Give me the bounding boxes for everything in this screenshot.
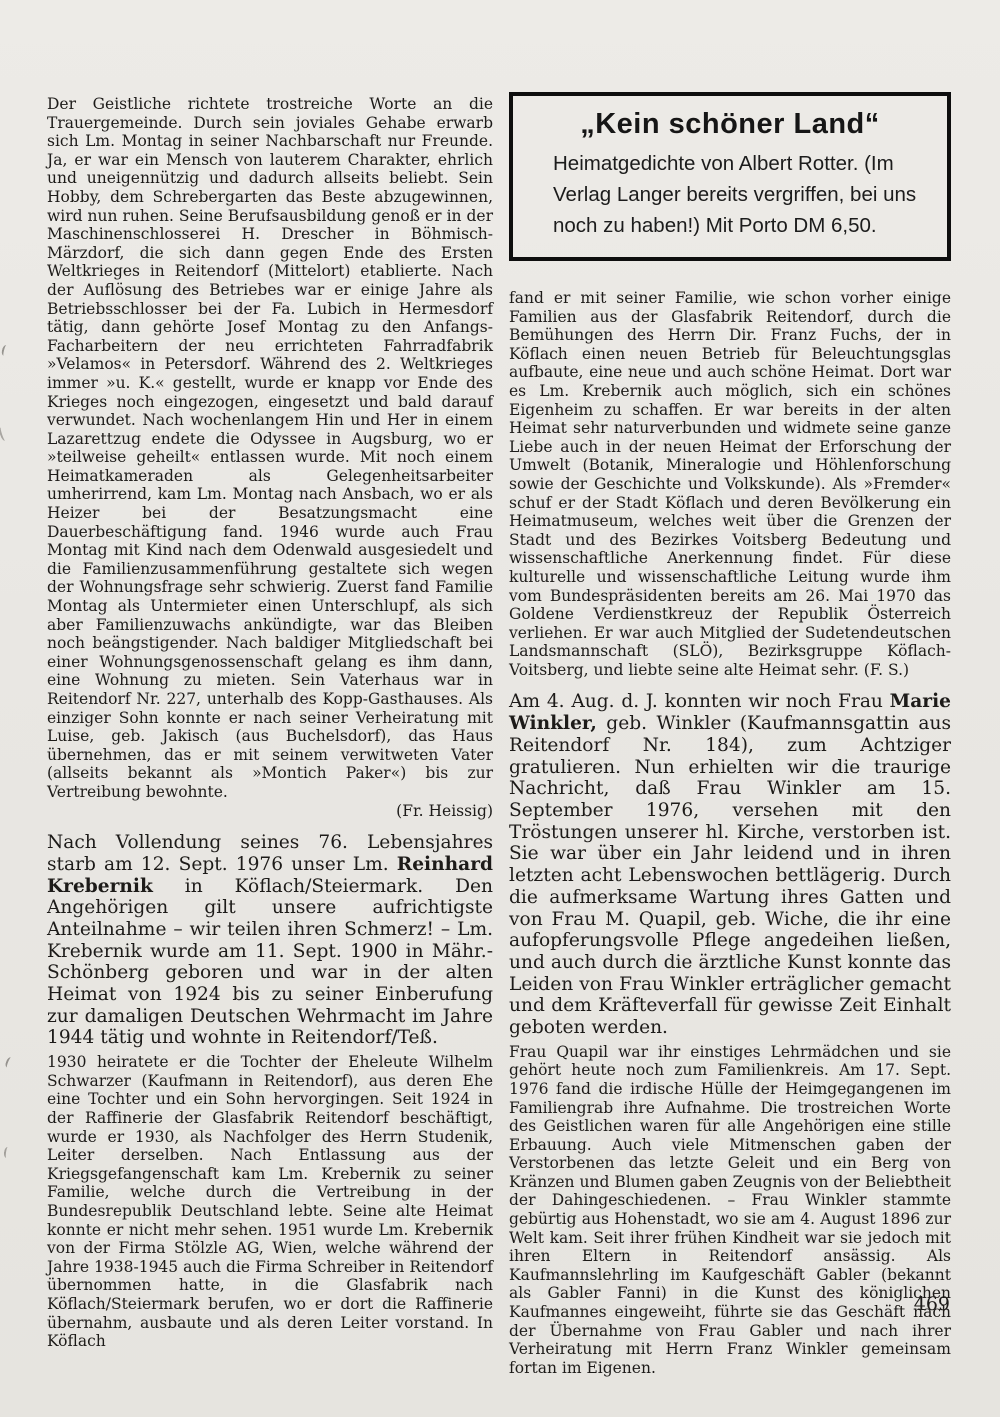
ad-title: „Kein schöner Land“ — [531, 108, 929, 141]
left-column: Der Geistliche richtete trostreiche Wort… — [47, 95, 493, 1351]
book-ad-box: „Kein schöner Land“ Heimatgedichte von A… — [509, 92, 951, 261]
scan-artifact — [1, 344, 9, 356]
winkler-intro-post: geb. Winkler (Kaufmannsgattin aus Reiten… — [509, 713, 951, 1038]
obituary-montag-text: Der Geistliche richtete trostreiche Wort… — [47, 95, 493, 802]
obituary-montag-attribution: (Fr. Heissig) — [47, 802, 493, 821]
winkler-intro-pre: Am 4. Aug. d. J. konnten wir noch Frau — [509, 691, 890, 712]
obituary-krebernik-continued: fand er mit seiner Familie, wie schon vo… — [509, 289, 951, 679]
obituary-krebernik-details: 1930 heiratete er die Tochter der Eheleu… — [47, 1053, 493, 1351]
scan-artifact — [0, 426, 8, 441]
obituary-winkler-details: Frau Quapil war ihr einstiges Lehrmädche… — [509, 1043, 951, 1378]
right-column: „Kein schöner Land“ Heimatgedichte von A… — [509, 92, 951, 1377]
page-number: 469 — [914, 1293, 950, 1315]
obituary-krebernik-intro: Nach Vollendung seines 76. Lebensjahres … — [47, 832, 493, 1049]
scanned-newsletter-page: Der Geistliche richtete trostreiche Wort… — [0, 0, 1000, 1417]
scan-artifact — [4, 1056, 14, 1068]
scan-artifact — [3, 1147, 10, 1159]
krebernik-intro-post: in Köflach/Steiermark. Den Angehörigen g… — [47, 876, 493, 1049]
obituary-winkler-intro: Am 4. Aug. d. J. konnten wir noch Frau M… — [509, 691, 951, 1038]
ad-body: Heimatgedichte von Albert Rotter. (Im Ve… — [531, 148, 929, 241]
